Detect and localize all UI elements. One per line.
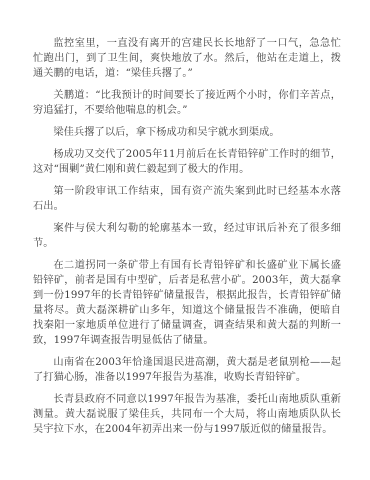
- paragraph: 案件与侯大利勾勒的轮廓基本一致，经过审讯后补充了很多细节。: [33, 221, 341, 251]
- paragraph: 长青县政府不同意以1997年报告为基准，委托山南地质队重新测量。黄大磊说服了梁佳…: [33, 392, 341, 437]
- paragraph: 监控室里，一直没有离开的宫建民长长地舒了一口气，急急忙忙跑出门，到了卫生间，爽快…: [33, 36, 341, 81]
- paragraph: 山南省在2003年恰逢国退民进高潮，黄大磊是老鼠别枪——起了打猫心肠，准备以19…: [33, 355, 341, 385]
- paragraph: 关鹏道：“比我预计的时间要长了接近两个小时，你们辛苦点，穷追猛打，不要给他喘息的…: [33, 88, 341, 118]
- paragraph: 杨成功又交代了2005年11月前后在长青铅锌矿工作时的细节，这对“围剿”黄仁刚和…: [33, 147, 341, 177]
- paragraph: 梁佳兵撂了以后，拿下杨成功和吴宇就水到渠成。: [33, 125, 341, 140]
- paragraph: 第一阶段审讯工作结束，国有资产流失案到此时已经基本水落石出。: [33, 184, 341, 214]
- paragraph: 在二道拐同一条矿带上有国有长青铅锌矿和长盛矿业下属长盛铅锌矿，前者是国有中型矿，…: [33, 258, 341, 348]
- book-page: 监控室里，一直没有离开的宫建民长长地舒了一口气，急急忙忙跑出门，到了卫生间，爽快…: [0, 0, 370, 480]
